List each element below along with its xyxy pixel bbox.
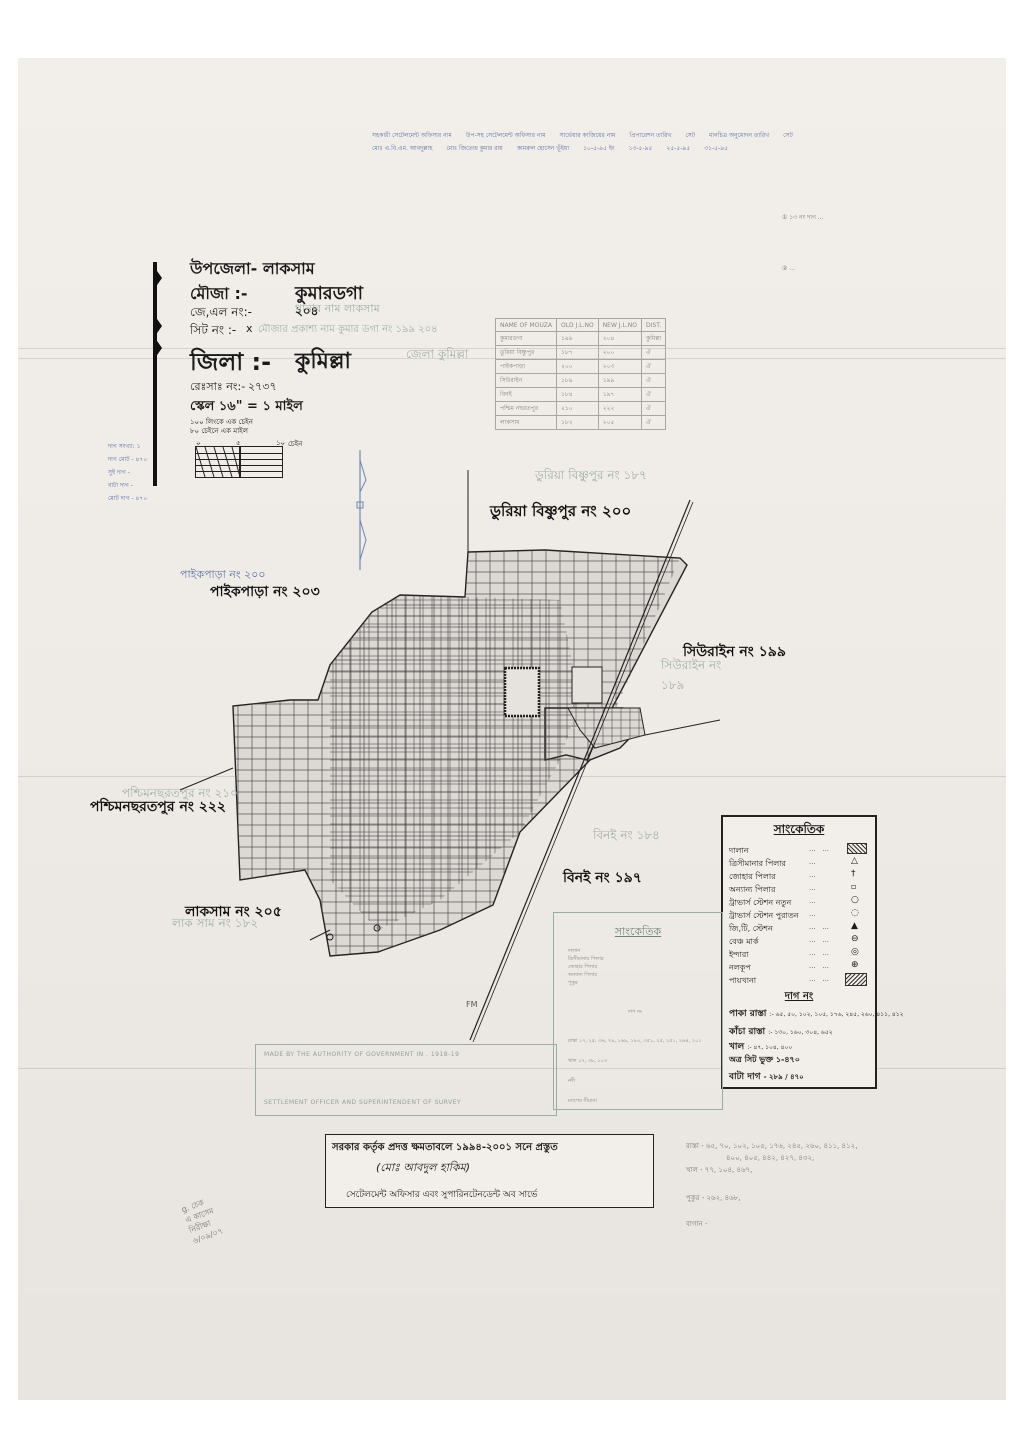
old-legend-items: দালান ত্রিসীমানার পিলার জোহার পিলার অন্য… bbox=[568, 947, 604, 987]
english-authority-stamp: MADE BY THE AUTHORITY OF GOVERNMENT IN .… bbox=[255, 1044, 557, 1116]
dag-row: বাটা দাগ - ২৮৯ / ৪৭০ bbox=[729, 1069, 804, 1084]
old-legend-rows: রাস্তা ১৭, ২৫, ৩৬, ৭৯, ১৬৯, ১৮০, ৩৫১, ২৫… bbox=[568, 1031, 718, 1111]
legend-item: অন্যান্য পিলার bbox=[729, 884, 775, 897]
other-pillar-icon: ▫ bbox=[851, 882, 856, 891]
legend-item: নলকূপ bbox=[729, 962, 751, 975]
adjacent-mouza-binoi: বিনই নং ১৯৭ bbox=[563, 866, 642, 890]
legend-item: দালান bbox=[729, 845, 749, 858]
adjacent-mouza-poschim-nasratpur: পশ্চিমনছরতপুর নং ২২২ bbox=[78, 795, 238, 819]
adjacent-mouza-old: সিউরাইন নং ১৮৯ bbox=[661, 657, 741, 697]
legend-item: জোহার পিলার bbox=[729, 871, 776, 884]
building-hatch-icon bbox=[847, 843, 867, 854]
legend-item: বেঞ্চ মার্ক bbox=[729, 936, 759, 949]
adjacent-mouza-paikpara: পাইকপাড়া নং ২০৩ bbox=[210, 580, 320, 604]
traverse-station-new-icon: ○ bbox=[851, 895, 859, 905]
bottom-right-notes: রাস্তা - ৬৫, ৭০, ১০২, ১০৫, ১৭৬, ২৪৫, ২৬০… bbox=[686, 1140, 956, 1230]
stamp-line-1: সরকার কর্তৃক প্রদত্ত ক্ষমতাবলে ১৯৯৪-২০০১… bbox=[332, 1140, 558, 1157]
tubewell-icon: ⊕ bbox=[851, 960, 859, 970]
traverse-station-old-icon: ◌ bbox=[851, 908, 859, 918]
johar-pillar-icon: † bbox=[851, 869, 856, 879]
old-dag-title: দাগ নং bbox=[628, 1009, 642, 1017]
legend-item: ট্রাভার্স স্টেশন পুরাতন bbox=[729, 910, 799, 923]
adjacent-mouza-old: বিনই নং ১৮৪ bbox=[593, 827, 660, 847]
signature: (মোঃ আবদুল হাকিম) bbox=[376, 1159, 470, 1178]
legend-item: ইন্দারা bbox=[729, 949, 749, 962]
old-legend-box: সাংকেতিক দালান ত্রিসীমানার পিলার জোহার প… bbox=[553, 912, 723, 1110]
bench-mark-icon: ⊖ bbox=[851, 934, 859, 944]
old-legend-title: সাংকেতিক bbox=[554, 923, 722, 942]
legend-item: ত্রিসীমানার পিলার bbox=[729, 858, 786, 871]
stamp-line-2: SETTLEMENT OFFICER AND SUPERINTENDENT OF… bbox=[264, 1099, 461, 1106]
dag-row: পাকা রাস্তা :- ৬৫, ৫০, ১০২, ১০৫, ১৭৬, ২৪… bbox=[729, 1006, 904, 1021]
adjacent-mouza-durra-bishnupur: ডুরিয়া বিষ্ণুপুর নং ২০০ bbox=[490, 500, 631, 525]
cadastral-map bbox=[0, 0, 1024, 1449]
fm-marker: FM bbox=[466, 1000, 478, 1009]
legend-item: পায়খানা bbox=[729, 975, 756, 988]
dag-row: খাল :- ৪৭, ১০৪, ৪০০ bbox=[729, 1039, 792, 1054]
dag-title: দাগ নং bbox=[723, 989, 875, 1006]
legend-title: সাংকেতিক bbox=[723, 821, 875, 841]
stamp-line-1: MADE BY THE AUTHORITY OF GOVERNMENT IN .… bbox=[264, 1051, 459, 1058]
legend-item: জি,টি, স্টেশন bbox=[729, 923, 773, 936]
legend-box: সাংকেতিক দালান ত্রিসীমানার পিলার জোহার প… bbox=[721, 815, 877, 1089]
legend-item: ট্রাভার্স স্টেশন নতুন bbox=[729, 897, 791, 910]
tri-junction-pillar-icon: △ bbox=[851, 856, 858, 866]
adjacent-mouza-old: লাক সাম নং ১৮২ bbox=[172, 915, 258, 935]
latrine-hatch-icon bbox=[845, 973, 867, 986]
bengali-authority-stamp: সরকার কর্তৃক প্রদত্ত ক্ষমতাবলে ১৯৯৪-২০০১… bbox=[325, 1134, 654, 1208]
stamp-line-2: সেটেলমেন্ট অফিসার এবং সুপারিনটেনডেন্ট অব… bbox=[346, 1187, 537, 1202]
adjacent-mouza-old: ডুরিয়া বিষ্ণুপুর নং ১৮৭ bbox=[535, 467, 647, 487]
dag-row: অত্র সিট ভুক্ত ১-৪৭০ bbox=[729, 1054, 800, 1067]
gt-station-icon: ▲ bbox=[851, 921, 858, 931]
dag-row: কাঁচা রাস্তা :- ১৩০, ১৬০, ৩০৪, ৬৫২ bbox=[729, 1024, 833, 1039]
well-icon: ◎ bbox=[851, 947, 859, 957]
